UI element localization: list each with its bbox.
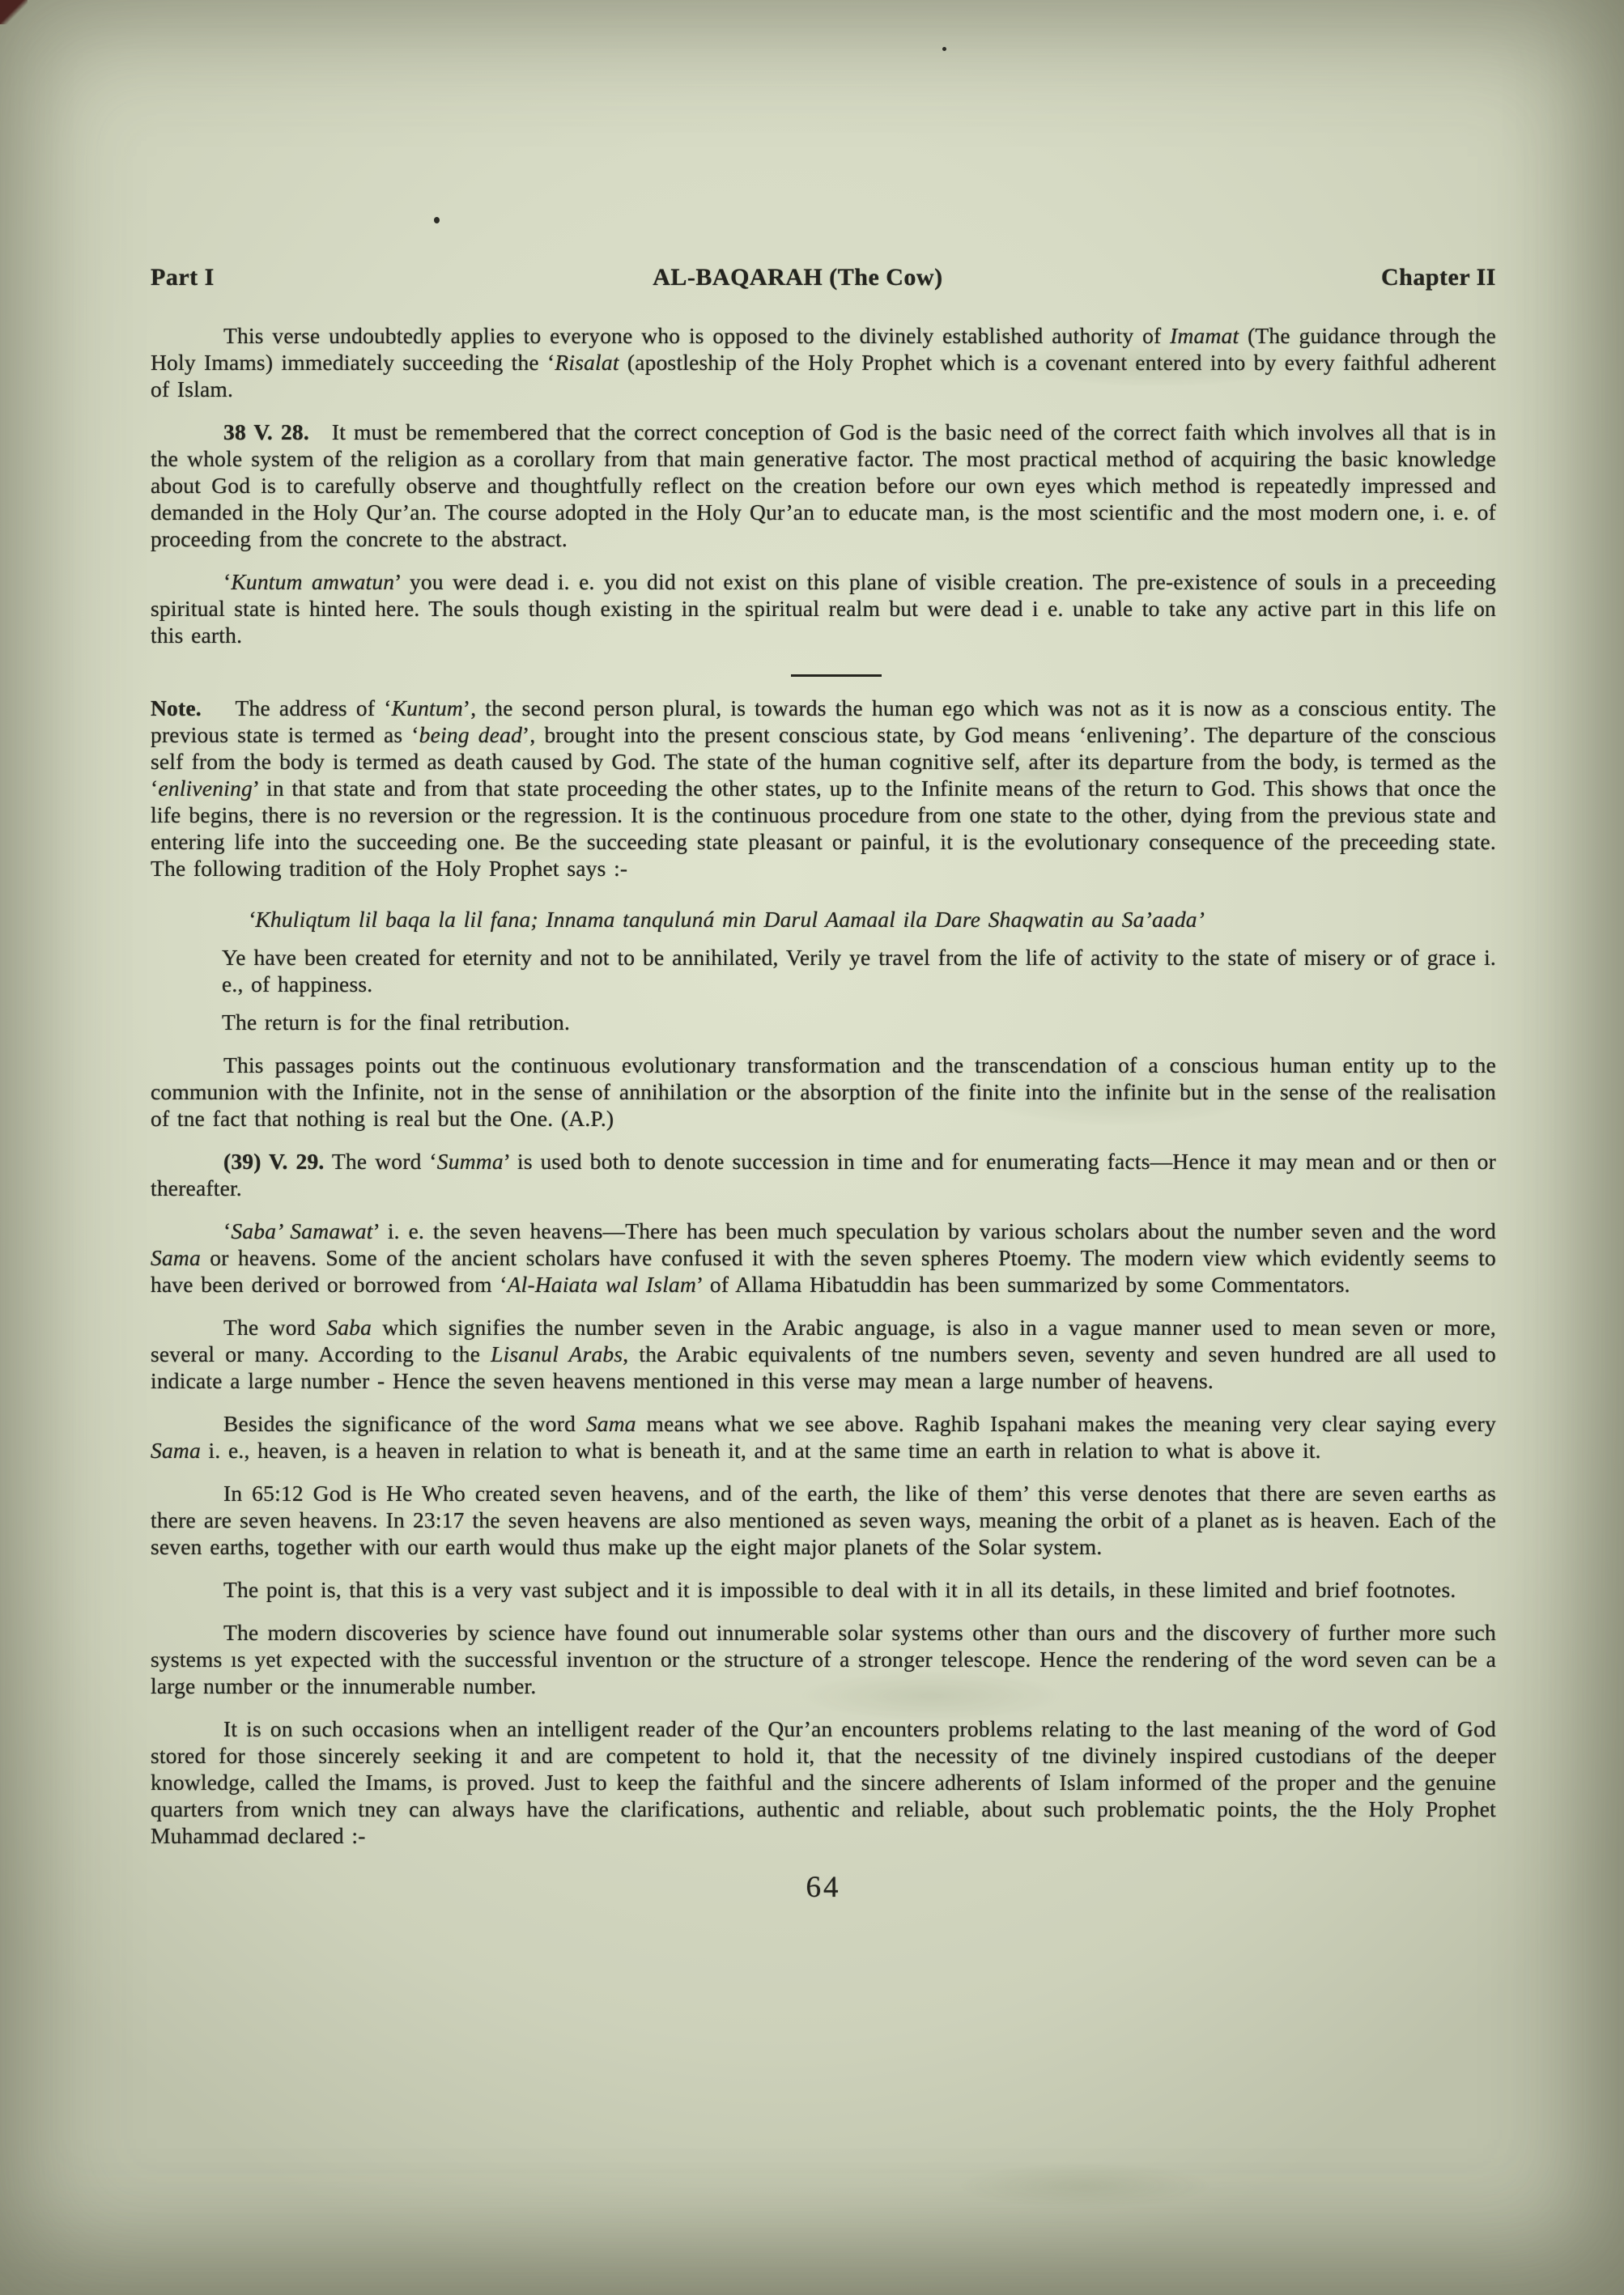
scan-corner-artifact — [0, 0, 28, 24]
verse-28-paragraph: 38 V. 28. It must be remembered that the… — [151, 419, 1496, 552]
verse-29-paragraph: (39) V. 29. The word ‘Summa’ is used bot… — [151, 1148, 1496, 1201]
ink-speck — [434, 217, 440, 223]
ink-speck — [942, 47, 946, 51]
section-divider — [791, 674, 882, 677]
page-header: Part I AL-BAQARAH (The Cow) Chapter II — [151, 264, 1496, 291]
seven-earths-paragraph: In 65:12 God is He Who created seven hea… — [151, 1480, 1496, 1560]
kuntum-paragraph: ‘Kuntum amwatun’ you were dead i. e. you… — [151, 568, 1496, 648]
intro-paragraph: This verse undoubtedly applies to everyo… — [151, 322, 1496, 402]
page-title: AL-BAQARAH (The Cow) — [653, 264, 942, 291]
saba-samawat-paragraph: ‘Saba’ Samawat’ i. e. the seven heavens—… — [151, 1218, 1496, 1298]
modern-discoveries-paragraph: The modern discoveries by science have f… — [151, 1619, 1496, 1699]
sama-significance-paragraph: Besides the significance of the word Sam… — [151, 1410, 1496, 1464]
quote-return-line: The return is for the final retribution. — [222, 1009, 1496, 1035]
quote-translation: Ye have been created for eternity and no… — [222, 944, 1496, 997]
text-block: This verse undoubtedly applies to everyo… — [151, 322, 1496, 1849]
book-page: Part I AL-BAQARAH (The Cow) Chapter II T… — [0, 0, 1624, 2295]
page-number: 64 — [151, 1870, 1496, 1905]
header-chapter-label: Chapter II — [1381, 264, 1496, 291]
hadith-quote: ‘Khuliqtum lil baqa la lil fana; Innama … — [248, 906, 1472, 933]
note-paragraph: Note. The address of ‘Kuntum’, the secon… — [151, 695, 1496, 882]
intelligent-reader-paragraph: It is on such occasions when an intellig… — [151, 1715, 1496, 1849]
vast-subject-paragraph: The point is, that this is a very vast s… — [151, 1576, 1496, 1603]
page-content: Part I AL-BAQARAH (The Cow) Chapter II T… — [151, 264, 1496, 1905]
passages-paragraph: This passages points out the continuous … — [151, 1052, 1496, 1132]
header-part-label: Part I — [151, 264, 215, 291]
word-saba-paragraph: The word Saba which signifies the number… — [151, 1314, 1496, 1394]
